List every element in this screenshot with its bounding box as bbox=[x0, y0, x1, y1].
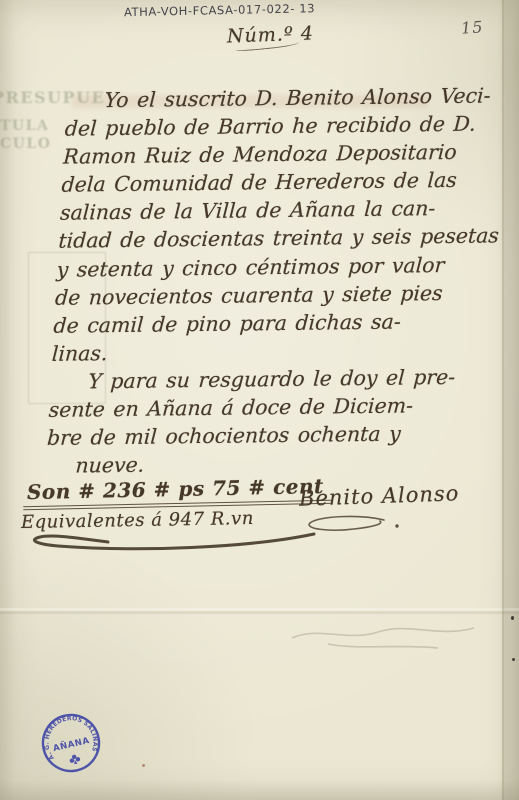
signature-rubric-stroke bbox=[309, 516, 384, 530]
signature-rubric-dot bbox=[395, 524, 398, 527]
archive-stamp: A. G. HEREDEROS SALINAS AÑANA bbox=[23, 695, 119, 791]
folio-number: 15 bbox=[460, 17, 484, 38]
sum-underline-stroke bbox=[34, 534, 314, 549]
archive-reference-code: ATHA-VOH-FCASA-017-022- 13 bbox=[124, 1, 334, 19]
bleedthrough-signature-stroke bbox=[292, 628, 474, 648]
bleedthrough-text: TULA bbox=[0, 118, 49, 134]
bleedthrough-signature bbox=[288, 608, 488, 652]
sum-amount-line: Son # 236 # ps 75 # cent bbox=[23, 474, 332, 510]
dust-speck bbox=[512, 658, 515, 661]
dust-speck bbox=[142, 764, 145, 767]
bleedthrough-text: CULO bbox=[0, 136, 51, 152]
sum-underline-flourish bbox=[18, 528, 318, 556]
manuscript-line: de novecientos cuarenta y siete pies bbox=[54, 278, 508, 312]
stamp-arc-textpath: A. G. HEREDEROS SALINAS bbox=[38, 710, 101, 764]
stamp-arc-text: A. G. HEREDEROS SALINAS bbox=[38, 710, 101, 764]
manuscript-page: PRESUPUE TULA CULO ATHA-VOH-FCASA-017-02… bbox=[0, 0, 519, 800]
manuscript-line: Y para su resguardo le doy el pre- bbox=[50, 362, 504, 396]
stamp-club-icon bbox=[69, 754, 81, 766]
signature-name: Benito Alonso bbox=[299, 481, 460, 511]
signature-rubric-flourish bbox=[300, 512, 410, 538]
manuscript-body: Yo el suscrito D. Benito Alonso Veci- de… bbox=[45, 81, 519, 480]
stamp-center-text: AÑANA bbox=[52, 735, 91, 754]
manuscript-paragraph: Y para su resguardo le doy el pre- sente… bbox=[45, 362, 503, 480]
dust-speck bbox=[511, 616, 514, 620]
document-number: Núm.º 4 bbox=[227, 22, 315, 50]
fold-crease bbox=[0, 608, 519, 614]
